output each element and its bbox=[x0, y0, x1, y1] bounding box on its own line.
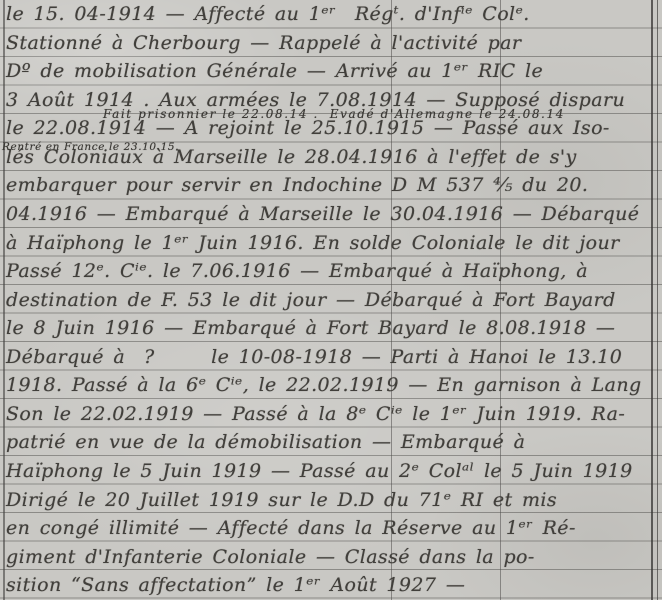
manuscript-line: en congé illimité — Affecté dans la Rése… bbox=[6, 514, 660, 543]
manuscript-line: sition “Sans affectation” le 1ᵉʳ Août 19… bbox=[6, 571, 660, 600]
manuscript-line: Dirigé le 20 Juillet 1919 sur le D.D du … bbox=[6, 486, 660, 515]
manuscript-line: 1918. Passé à la 6ᵉ Cⁱᵉ, le 22.02.1919 —… bbox=[6, 371, 660, 400]
manuscript-line: Son le 22.02.1919 — Passé à la 8ᵉ Cⁱᵉ le… bbox=[6, 400, 660, 429]
interline-note-prisoner-escape: Fait prisonnier le 22.08.14 . Evadé d'Al… bbox=[103, 107, 565, 121]
manuscript-line: 04.1916 — Embarqué à Marseille le 30.04.… bbox=[6, 200, 660, 229]
manuscript-line: Débarqué à ? le 10-08-1918 — Parti à Han… bbox=[6, 343, 660, 372]
manuscript-line: le 15. 04-1914 — Affecté au 1ᵉʳ Régᵗ. d'… bbox=[6, 0, 660, 29]
manuscript-line: le 8 Juin 1916 — Embarqué à Fort Bayard … bbox=[6, 314, 660, 343]
manuscript-line: Haïphong le 5 Juin 1919 — Passé au 2ᵉ Co… bbox=[6, 457, 660, 486]
manuscript-line: destination de F. 53 le dit jour — Débar… bbox=[6, 286, 660, 315]
interline-note-returned-france: Rentré en France le 23.10.15. bbox=[2, 141, 179, 153]
manuscript-line: Passé 12ᵉ. Cⁱᵉ. le 7.06.1916 — Embarqué … bbox=[6, 257, 660, 286]
manuscript-line: Stationné à Cherbourg — Rappelé à l'acti… bbox=[6, 29, 660, 58]
manuscript-line: à Haïphong le 1ᵉʳ Juin 1916. En solde Co… bbox=[6, 229, 660, 258]
manuscript-line: giment d'Infanterie Coloniale — Classé d… bbox=[6, 543, 660, 572]
manuscript-line: patrié en vue de la démobilisation — Emb… bbox=[6, 428, 660, 457]
manuscript-line: Dº de mobilisation Générale — Arrivé au … bbox=[6, 57, 660, 86]
manuscript-text-block: le 15. 04-1914 — Affecté au 1ᵉʳ Régᵗ. d'… bbox=[0, 0, 662, 600]
document-page: le 15. 04-1914 — Affecté au 1ᵉʳ Régᵗ. d'… bbox=[0, 0, 662, 600]
manuscript-line: embarquer pour servir en Indochine D M 5… bbox=[6, 171, 660, 200]
